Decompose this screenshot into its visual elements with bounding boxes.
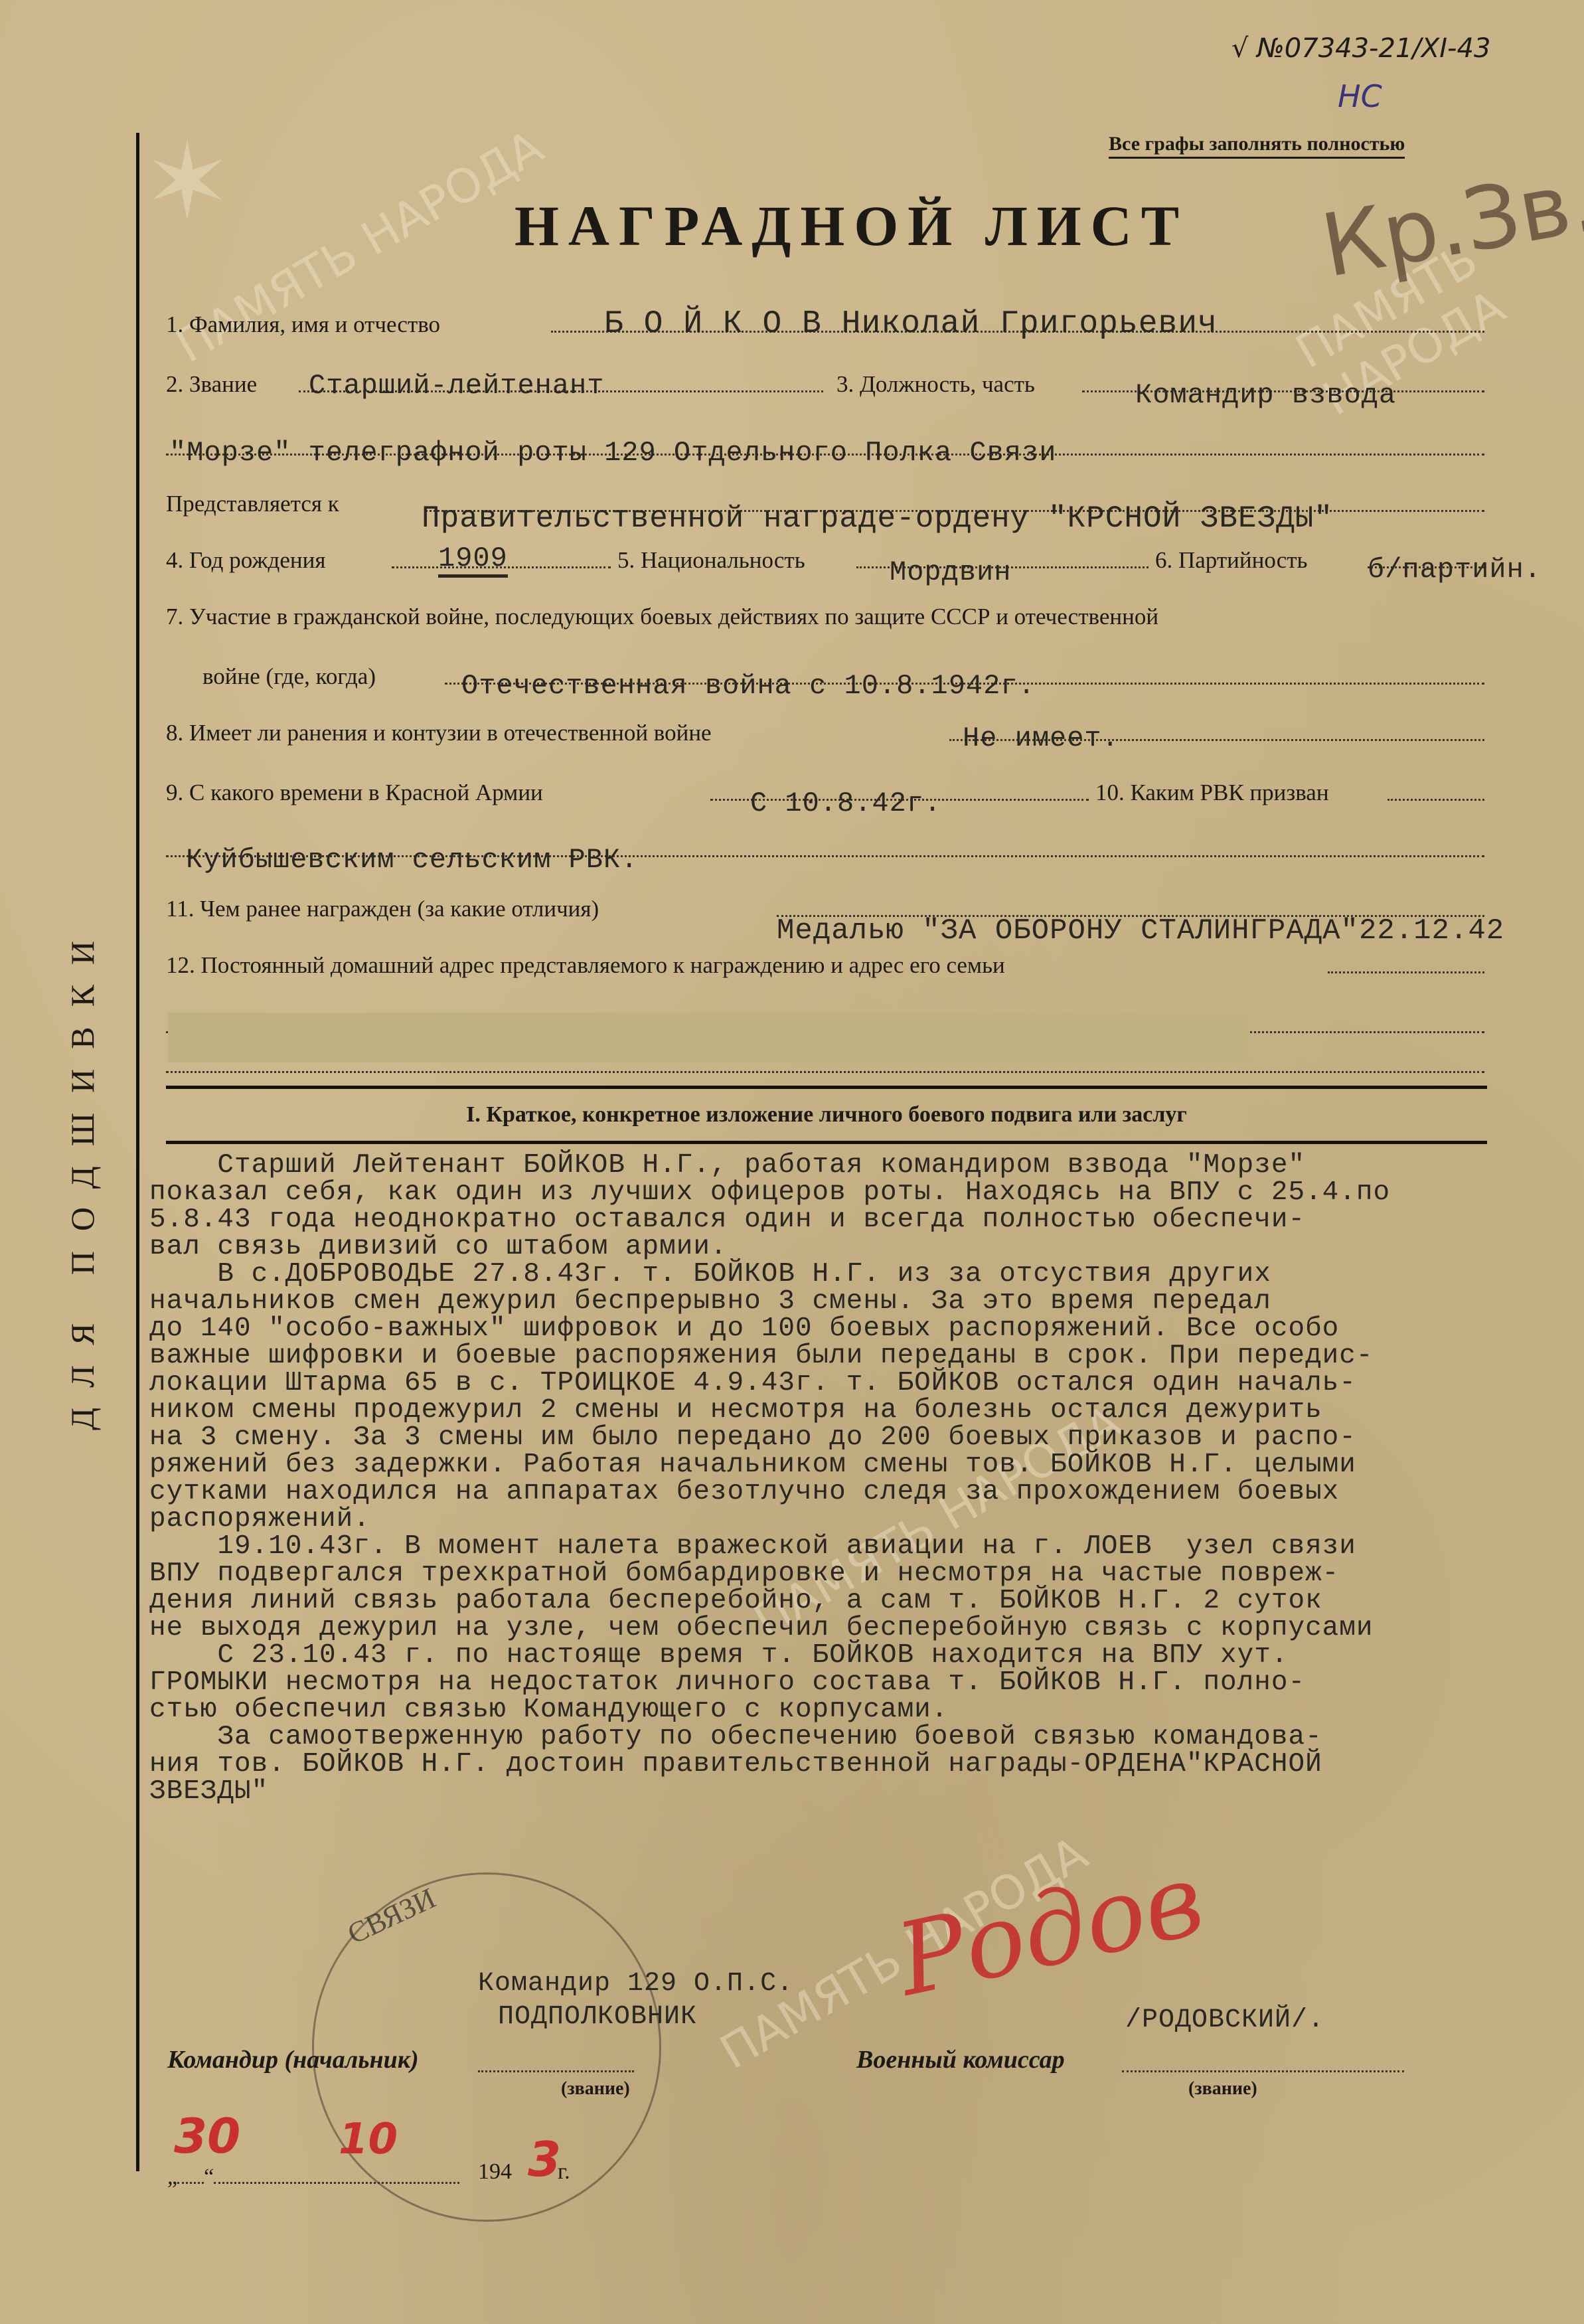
field-value-nationality: Мордвин — [890, 556, 1011, 588]
binding-margin-line — [136, 133, 139, 2171]
field-rank-position: 2. Звание Старший-лейтенант 3. Должность… — [166, 362, 1484, 402]
field-prior-awards: 11. Чем ранее награжден (за какие отличи… — [166, 886, 1484, 926]
field-enlistment-office: Куйбышевским сельским РВК. — [166, 827, 1484, 867]
field-label: 7. Участие в гражданской войне, последую… — [166, 604, 1158, 630]
field-service-start: 9. С какого времени в Красной Армии С 10… — [166, 770, 1484, 810]
commander-label: Командир (начальник) — [167, 2045, 419, 2074]
field-label: 8. Имеет ли ранения и контузии в отечест… — [166, 720, 712, 746]
dotted-line — [214, 2182, 459, 2184]
field-value: Куйбышевским сельским РВК. — [186, 844, 638, 876]
field-value-rank: Старший-лейтенант — [309, 370, 604, 402]
signer-name: /РОДОВСКИЙ/. — [1125, 2005, 1324, 2035]
field-label: 5. Национальность — [617, 547, 805, 574]
year-suffix: г. — [558, 2159, 570, 2185]
year-digit-handwritten: 3 — [528, 2131, 561, 2187]
field-value: Не имеет. — [963, 722, 1119, 754]
rank-hint: (звание) — [561, 2078, 630, 2100]
field-value-position: Командир взвода — [1135, 379, 1396, 411]
section-top-dots — [166, 1042, 1484, 1082]
archive-mark: НС — [1338, 78, 1382, 114]
dotted-line — [478, 2070, 634, 2072]
section-heading: I. Краткое, конкретное изложение личного… — [166, 1102, 1487, 1127]
archive-code: √ №07343-21/XI-43 — [1231, 33, 1490, 64]
date-day-handwritten: 30 — [174, 2108, 240, 2164]
field-label: 11. Чем ранее награжден (за какие отличи… — [166, 896, 599, 922]
field-label: 1. Фамилия, имя и отчество — [166, 311, 440, 338]
field-label: 12. Постоянный домашний адрес представля… — [166, 952, 1005, 979]
field-birth-nationality-party: 4. Год рождения 1909 5. Национальность М… — [166, 538, 1484, 578]
commissar-label: Военный комиссар — [856, 2045, 1065, 2074]
dotted-line — [1387, 799, 1484, 801]
date-month-handwritten: 10 — [339, 2115, 398, 2164]
field-value-birth-year: 1909 — [438, 542, 508, 578]
binding-label: ДЛЯ ПОДШИВКИ — [63, 883, 123, 1467]
merit-description: Старший Лейтенант БОЙКОВ Н.Г., работая к… — [149, 1152, 1563, 1805]
field-value: Отечественная война с 10.8.1942г. — [461, 670, 1036, 702]
form-instruction: Все графы заполнять полностью — [1109, 133, 1405, 159]
field-label: 9. С какого времени в Красной Армии — [166, 780, 543, 806]
field-home-address: 12. Постоянный домашний адрес представля… — [166, 943, 1484, 983]
year-prefix: 194 — [478, 2159, 512, 2185]
field-label: 6. Партийность — [1155, 547, 1308, 574]
field-value-party: б/партийн. — [1368, 554, 1542, 586]
field-value: С 10.8.42г. — [750, 788, 941, 819]
field-value: "Морзе" телеграфной роты 129 Отдельного … — [169, 437, 1056, 469]
rank-hint: (звание) — [1188, 2078, 1257, 2100]
field-wounds: 8. Имеет ли ранения и контузии в отечест… — [166, 710, 1484, 750]
field-label: 3. Должность, часть — [836, 371, 1035, 398]
field-value: Правительственной награде-ордену "КРСНОЙ… — [422, 501, 1333, 536]
field-label: Представляется к — [166, 491, 339, 517]
date-quote-open: „ — [167, 2165, 177, 2189]
dotted-line — [1122, 2070, 1404, 2072]
field-position-cont: "Морзе" телеграфной роты 129 Отдельного … — [166, 425, 1484, 465]
section-rule-bottom — [166, 1141, 1487, 1144]
field-presented-for: Представляется к Правительственной награ… — [166, 481, 1484, 521]
field-war-participation-cont: войне (где, когда) Отечественная война с… — [166, 654, 1484, 694]
date-quote-close: “ — [204, 2165, 214, 2189]
watermark-star-icon: ✶ — [143, 120, 232, 244]
date-line: „“ — [167, 2165, 459, 2190]
field-label: войне (где, когда) — [202, 663, 376, 690]
dotted-line — [1328, 971, 1484, 973]
section-rule-top — [166, 1086, 1487, 1089]
document-title: НАГРАДНОЙ ЛИСТ — [515, 193, 1188, 259]
field-full-name: 1. Фамилия, имя и отчество Б О Й К О В Н… — [166, 302, 1484, 342]
field-value: Б О Й К О В Николай Григорьевич — [604, 306, 1218, 342]
dotted-line — [166, 1071, 1484, 1073]
signer-rank: ПОДПОЛКОВНИК — [498, 2002, 697, 2032]
field-label: 10. Каким РВК призван — [1095, 780, 1329, 806]
dotted-line — [177, 2182, 204, 2184]
field-label: 2. Звание — [166, 371, 257, 398]
field-label: 4. Год рождения — [166, 547, 325, 574]
field-war-participation: 7. Участие в гражданской войне, последую… — [166, 594, 1484, 634]
signer-role: Командир 129 О.П.С. — [478, 1969, 793, 1999]
